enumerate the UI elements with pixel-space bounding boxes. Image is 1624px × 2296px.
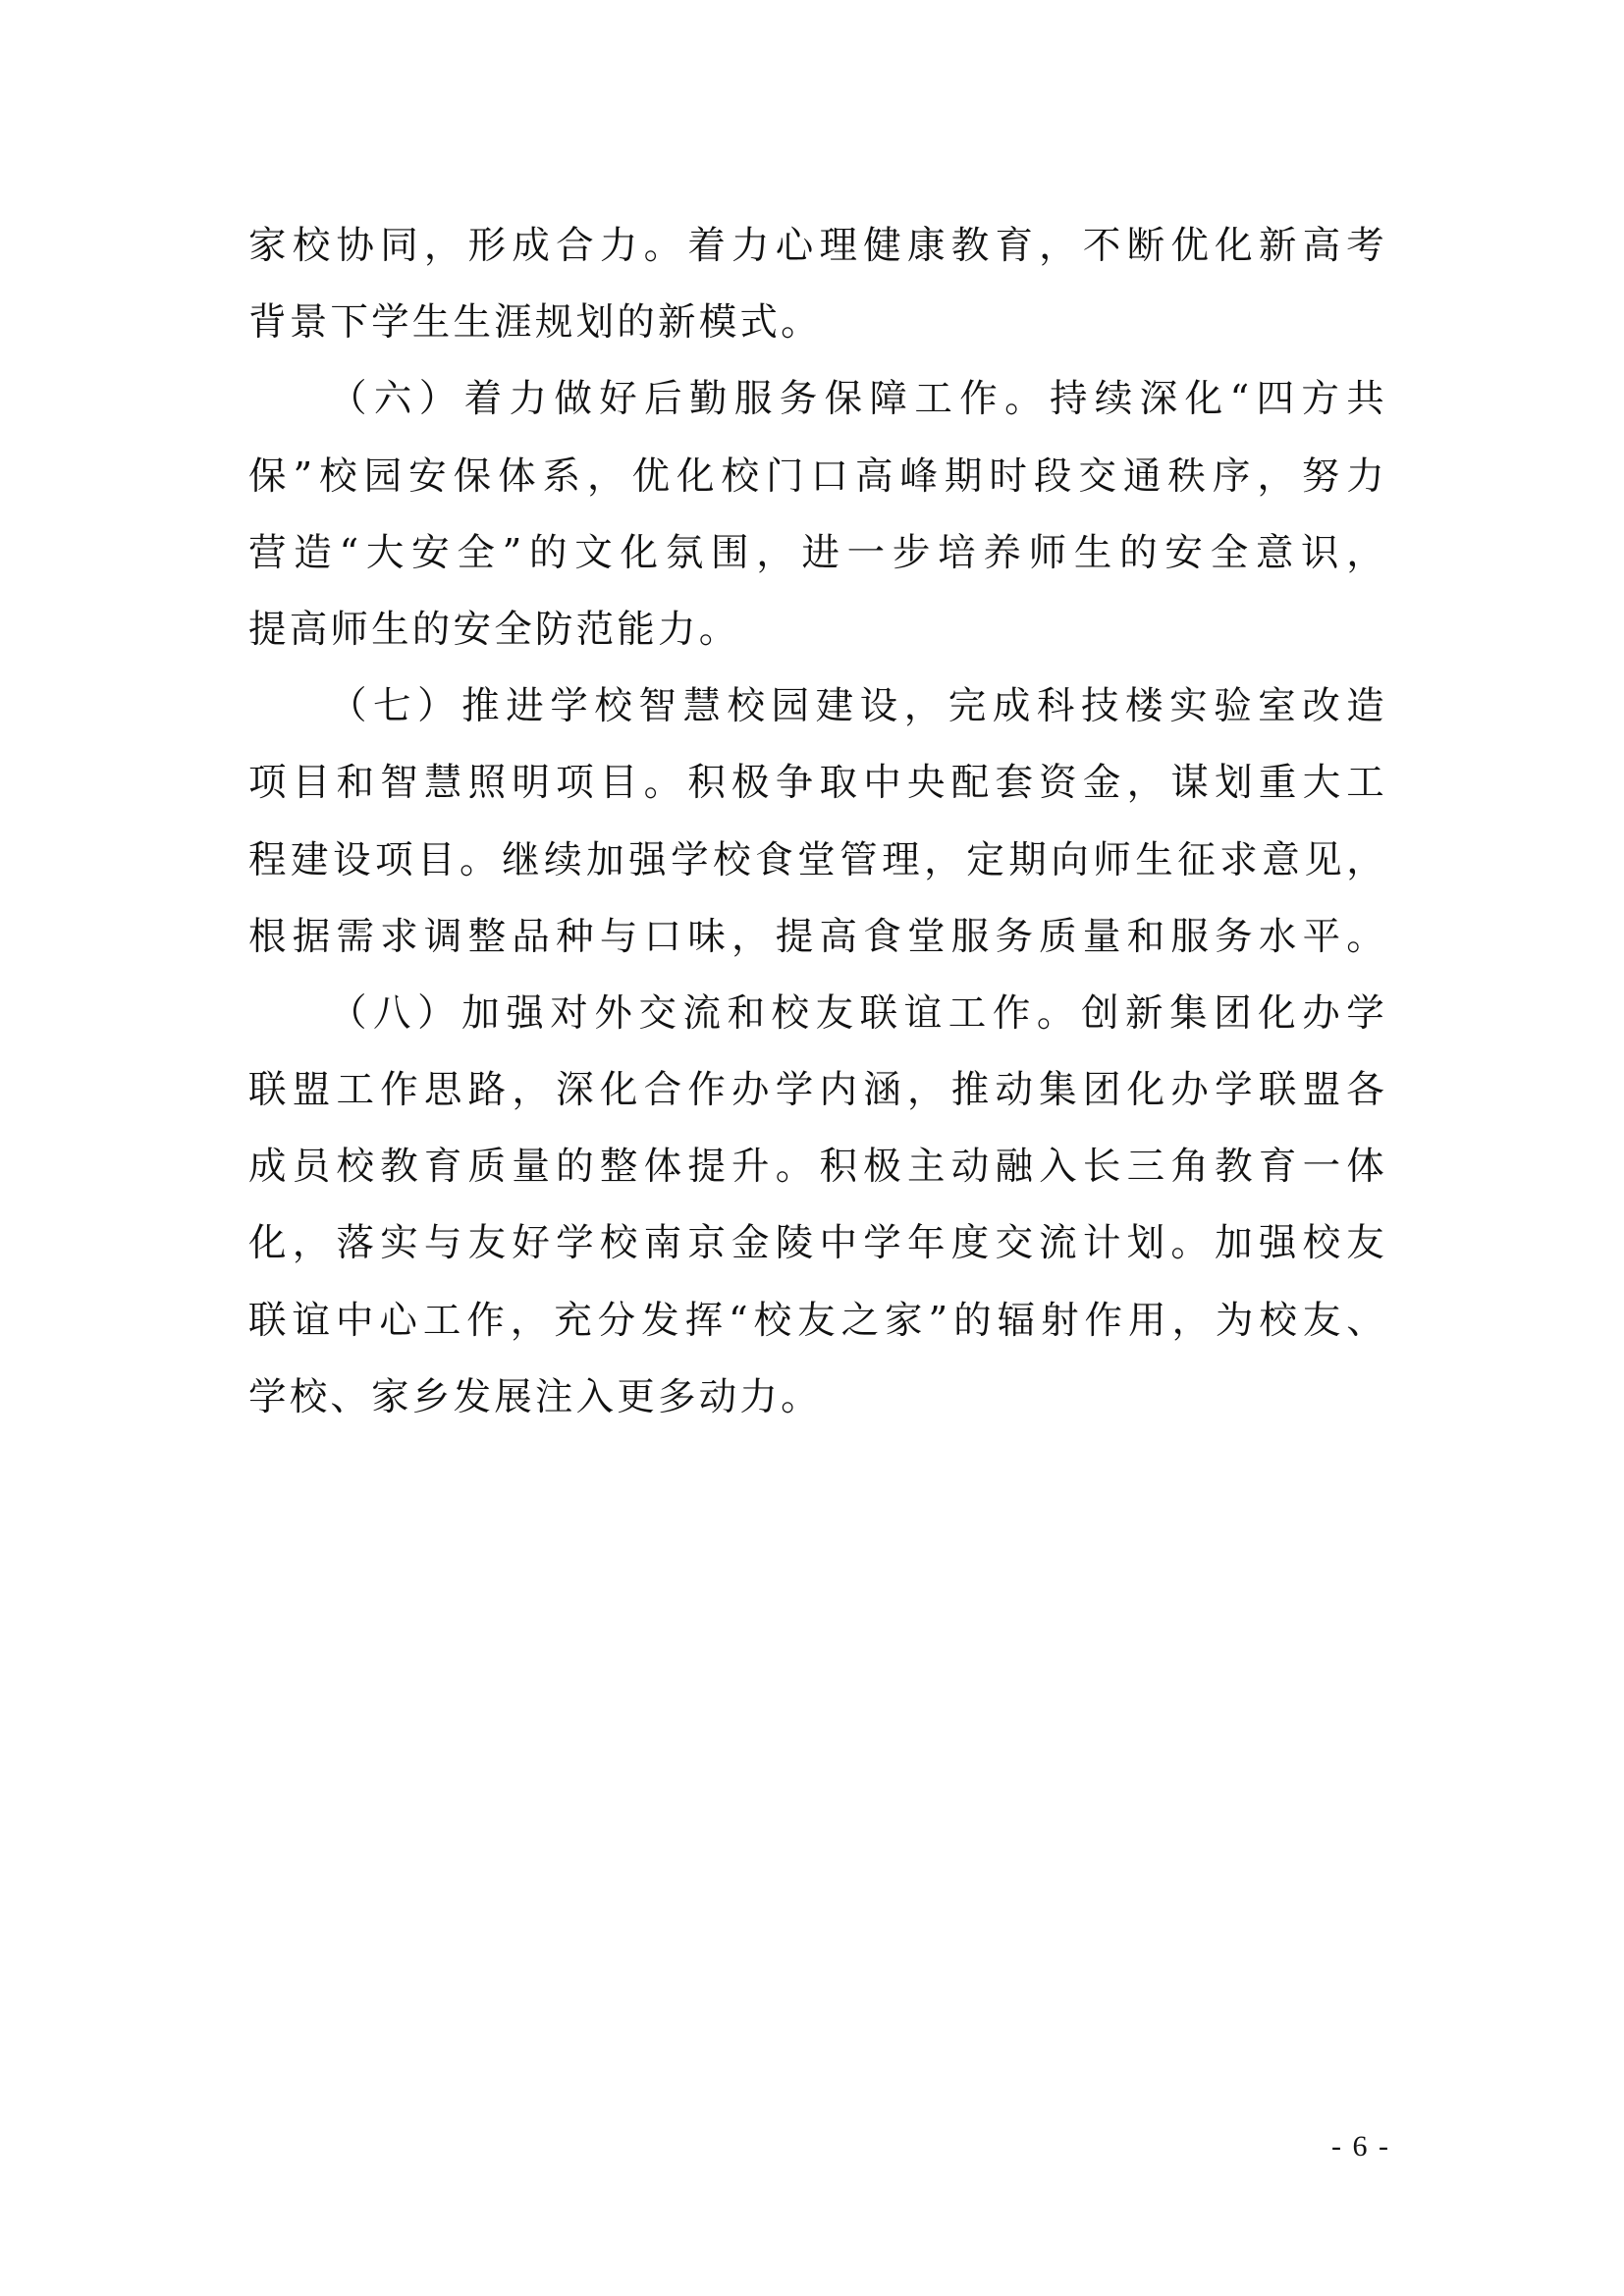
body-text: 家校协同，形成合力。着力心理健康教育，不断优化新高考 背景下学生生涯规划的新模式…	[248, 208, 1387, 1436]
text-line: 化，落实与友好学校南京金陵中学年度交流计划。加强校友	[248, 1205, 1387, 1282]
document-page: 家校协同，形成合力。着力心理健康教育，不断优化新高考 背景下学生生涯规划的新模式…	[0, 0, 1624, 2296]
text-line: 家校协同，形成合力。着力心理健康教育，不断优化新高考	[248, 208, 1387, 285]
paragraph-7-heading-line: （七）推进学校智慧校园建设，完成科技楼实验室改造	[248, 668, 1387, 745]
text-line: 学校、家乡发展注入更多动力。	[248, 1360, 1387, 1436]
text-line: 项目和智慧照明项目。积极争取中央配套资金，谋划重大工	[248, 745, 1387, 822]
text-line: 根据需求调整品种与口味，提高食堂服务质量和服务水平。	[248, 899, 1387, 976]
page-number: - 6 -	[1331, 2130, 1390, 2163]
text-line: 提高师生的安全防范能力。	[248, 592, 1387, 668]
text-line: 保”校园安保体系，优化校门口高峰期时段交通秩序，努力	[248, 439, 1387, 515]
text-line: 联盟工作思路，深化合作办学内涵，推动集团化办学联盟各	[248, 1052, 1387, 1129]
text-line: 营造“大安全”的文化氛围，进一步培养师生的安全意识，	[248, 515, 1387, 592]
paragraph-6-heading-line: （六）着力做好后勤服务保障工作。持续深化“四方共	[248, 361, 1387, 438]
text-line: 联谊中心工作，充分发挥“校友之家”的辐射作用，为校友、	[248, 1283, 1387, 1360]
paragraph-8-heading-line: （八）加强对外交流和校友联谊工作。创新集团化办学	[248, 976, 1387, 1052]
text-line: 程建设项目。继续加强学校食堂管理，定期向师生征求意见，	[248, 823, 1387, 899]
text-line: 背景下学生生涯规划的新模式。	[248, 285, 1387, 361]
text-line: 成员校教育质量的整体提升。积极主动融入长三角教育一体	[248, 1129, 1387, 1205]
